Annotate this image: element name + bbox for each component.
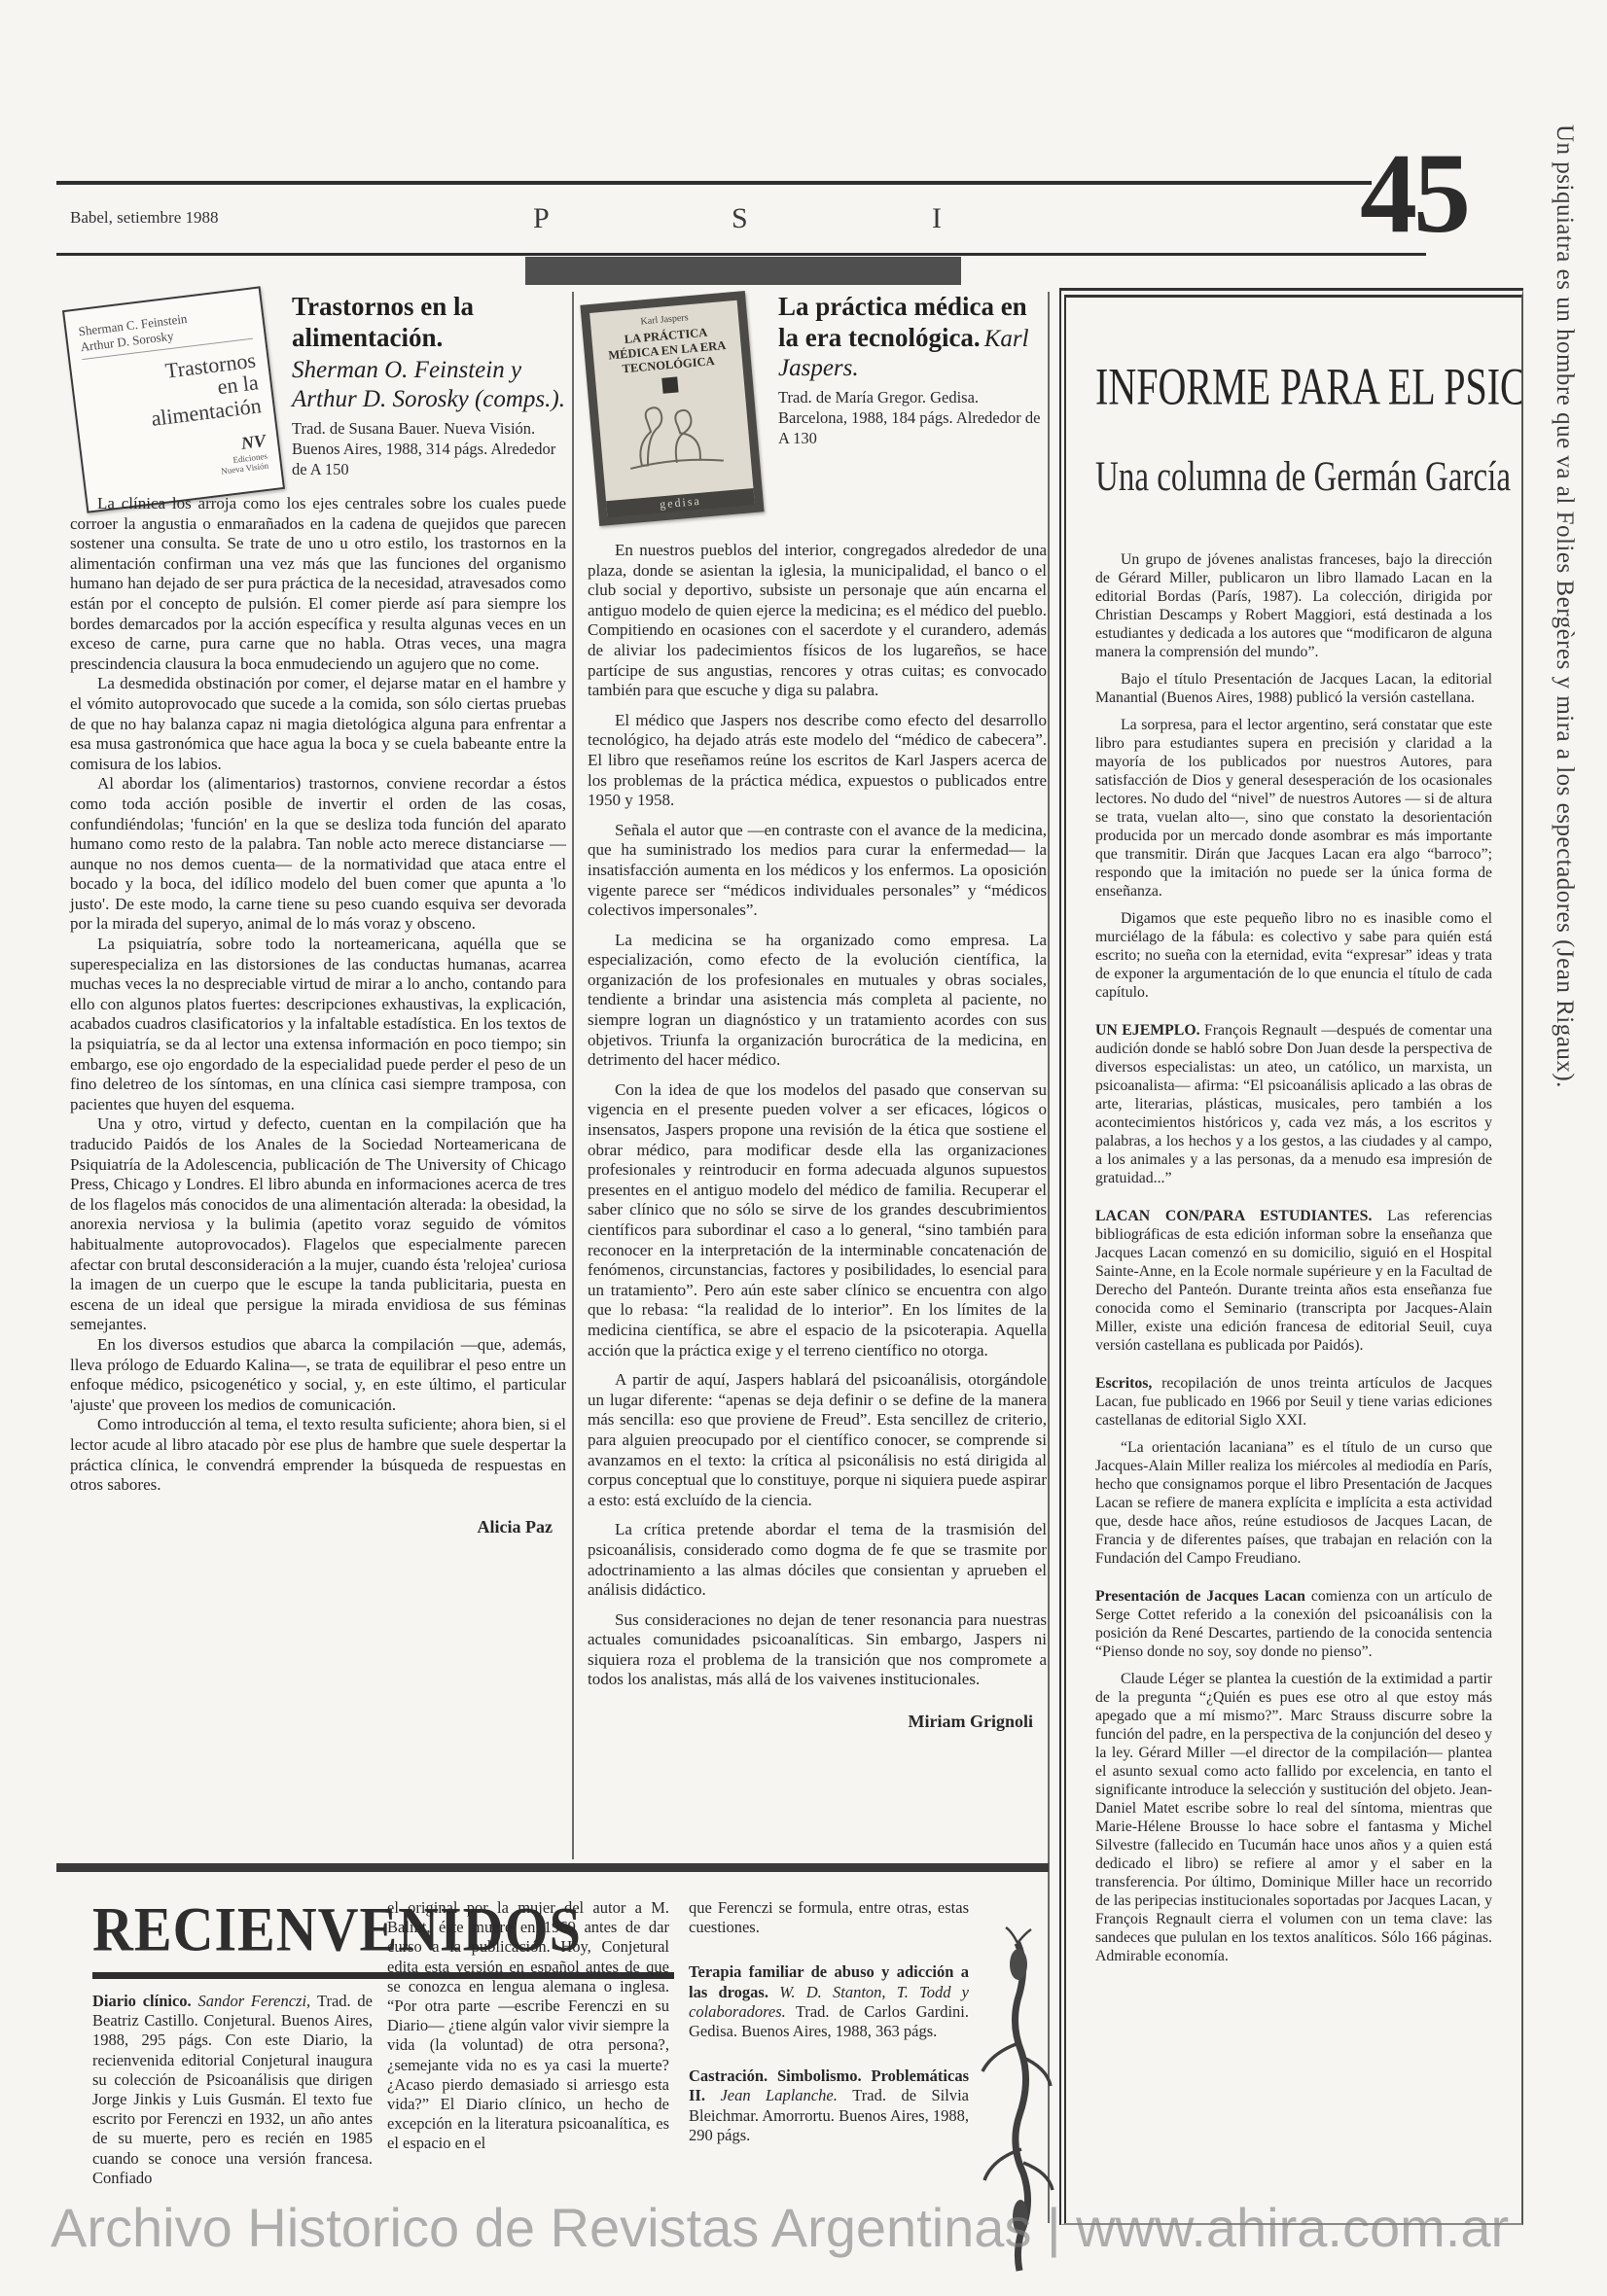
archive-watermark: Archivo Historico de Revistas Argentinas…: [51, 2196, 1509, 2259]
book-cover-jaspers: Karl Jaspers LA PRÁCTICA MÉDICA EN LA ER…: [580, 291, 764, 526]
paragraph: El médico que Jaspers nos describe como …: [588, 711, 1047, 811]
paragraph: En nuestros pueblos del interior, congre…: [588, 541, 1047, 701]
paragraph: A partir de aquí, Jaspers hablará del ps…: [588, 1370, 1047, 1510]
review-middle-signature: Miriam Grignoli: [588, 1712, 1047, 1732]
review-left-title: Trastornos en la alimentación.: [292, 292, 566, 354]
paragraph-un-ejemplo: UN EJEMPLO. François Regnault —después d…: [1095, 1021, 1492, 1187]
paragraph: Un grupo de jóvenes analistas franceses,…: [1095, 550, 1492, 661]
paragraph: Bajo el título Presentación de Jacques L…: [1095, 670, 1492, 707]
review-middle-header: La práctica médica en la era tecnológica…: [778, 292, 1047, 448]
page-number: 45: [1360, 136, 1467, 251]
cover-title: Trastornos en la alimentación: [83, 348, 262, 438]
paragraph: La desmedida obstinación por comer, el d…: [70, 674, 566, 774]
masthead: Babel, setiembre 1988: [70, 208, 219, 228]
paragraph: Claude Léger se plantea la cuestión de l…: [1095, 1670, 1492, 1965]
paragraph: Señala el autor que —en contraste con el…: [588, 821, 1047, 921]
paragraph: Una y otro, virtud y defecto, cuentan en…: [70, 1114, 566, 1335]
column-article-body: Un grupo de jóvenes analistas franceses,…: [1095, 550, 1492, 1965]
review-left-signature: Alicia Paz: [70, 1517, 566, 1537]
column-article-title: INFORME PARA EL PSICOANALISIS: [1095, 356, 1492, 417]
paragraph: Sus consideraciones no dejan de tener re…: [588, 1610, 1047, 1690]
paragraph: Digamos que este pequeño libro no es ina…: [1095, 909, 1492, 1002]
review-left-authors: Sherman O. Feinstein y Arthur D. Sorosky…: [292, 356, 566, 414]
new-arrivals-col-b: el original por la mujer del autor a M. …: [387, 1898, 669, 2154]
review-middle-imprint: Trad. de María Gregor. Gedisa. Barcelona…: [778, 387, 1047, 448]
paragraph: La sorpresa, para el lector argentino, s…: [1095, 716, 1492, 901]
book-entry-castracion: Castración. Simbolismo. Problemáticas II…: [689, 2066, 969, 2145]
cover-illustration: [613, 390, 735, 476]
section-letter-p: P: [533, 202, 550, 235]
header-gray-bar: [525, 257, 961, 285]
paragraph: La medicina se ha organizado como empres…: [588, 931, 1047, 1071]
book-entry-continuation: el original por la mujer del autor a M. …: [387, 1898, 669, 2154]
paragraph-escritos: Escritos, recopilación de unos treinta a…: [1095, 1374, 1492, 1430]
new-arrivals-col-a: Diario clínico. Sandor Ferenczi, Trad. d…: [92, 1992, 373, 2188]
book-entry: Diario clínico. Sandor Ferenczi, Trad. d…: [92, 1992, 373, 2188]
paragraph: La psiquiatría, sobre todo la norteameri…: [70, 935, 566, 1114]
column-divider-1: [572, 292, 574, 1859]
review-left-imprint: Trad. de Susana Bauer. Nueva Visión. Bue…: [292, 418, 566, 479]
book-entry-terapia-familiar: Terapia familiar de abuso y adicción a l…: [689, 1962, 969, 2041]
new-arrivals-rule: [56, 1863, 1049, 1872]
paragraph: En los diversos estudios que abarca la c…: [70, 1335, 566, 1415]
section-letter-i: I: [932, 202, 942, 235]
column-article-subtitle: Una columna de Germán García: [1095, 454, 1492, 501]
paragraph: Como introducción al tema, el texto resu…: [70, 1415, 566, 1495]
book-entry-continuation: que Ferenczi se formula, entre otras, es…: [689, 1898, 969, 1937]
paragraph: La crítica pretende abordar el tema de l…: [588, 1520, 1047, 1600]
paragraph: Al abordar los (alimentarios) trastornos…: [70, 774, 566, 935]
review-left-header: Trastornos en la alimentación. Sherman O…: [292, 292, 566, 479]
paragraph: La clínica los arroja como los ejes cent…: [70, 494, 566, 674]
paragraph: Con la idea de que los modelos del pasad…: [588, 1080, 1047, 1360]
header-rule-bottom: [56, 253, 1426, 256]
cover-publisher: gedisa: [606, 488, 755, 517]
section-letter-s: S: [732, 202, 748, 235]
review-middle-body: En nuestros pueblos del interior, congre…: [588, 541, 1047, 1732]
column-article-box: INFORME PARA EL PSICOANALISIS Una column…: [1059, 288, 1523, 2225]
new-arrivals-col-c: que Ferenczi se formula, entre otras, es…: [689, 1898, 969, 2171]
paragraph-lacan-estudiantes: LACAN CON/PARA ESTUDIANTES. Las referenc…: [1095, 1207, 1492, 1355]
cover-title: LA PRÁCTICA MÉDICA EN LA ERA TECNOLÓGICA: [597, 323, 736, 378]
gedisa-logo-square: [661, 376, 678, 393]
paragraph-presentacion: Presentación de Jacques Lacan comienza c…: [1095, 1587, 1492, 1661]
review-left-body: La clínica los arroja como los ejes cent…: [70, 494, 566, 1537]
paragraph: “La orientación lacaniana” es el título …: [1095, 1438, 1492, 1568]
magazine-page: Babel, setiembre 1988 P S I 45 Un psiqui…: [0, 0, 1607, 2296]
header-rule-top: [56, 181, 1372, 185]
book-cover-trastornos: Sherman C. Feinstein Arthur D. Sorosky T…: [62, 286, 285, 512]
margin-quote: Un psiquiatra es un hombre que va al Fol…: [1551, 124, 1578, 1350]
